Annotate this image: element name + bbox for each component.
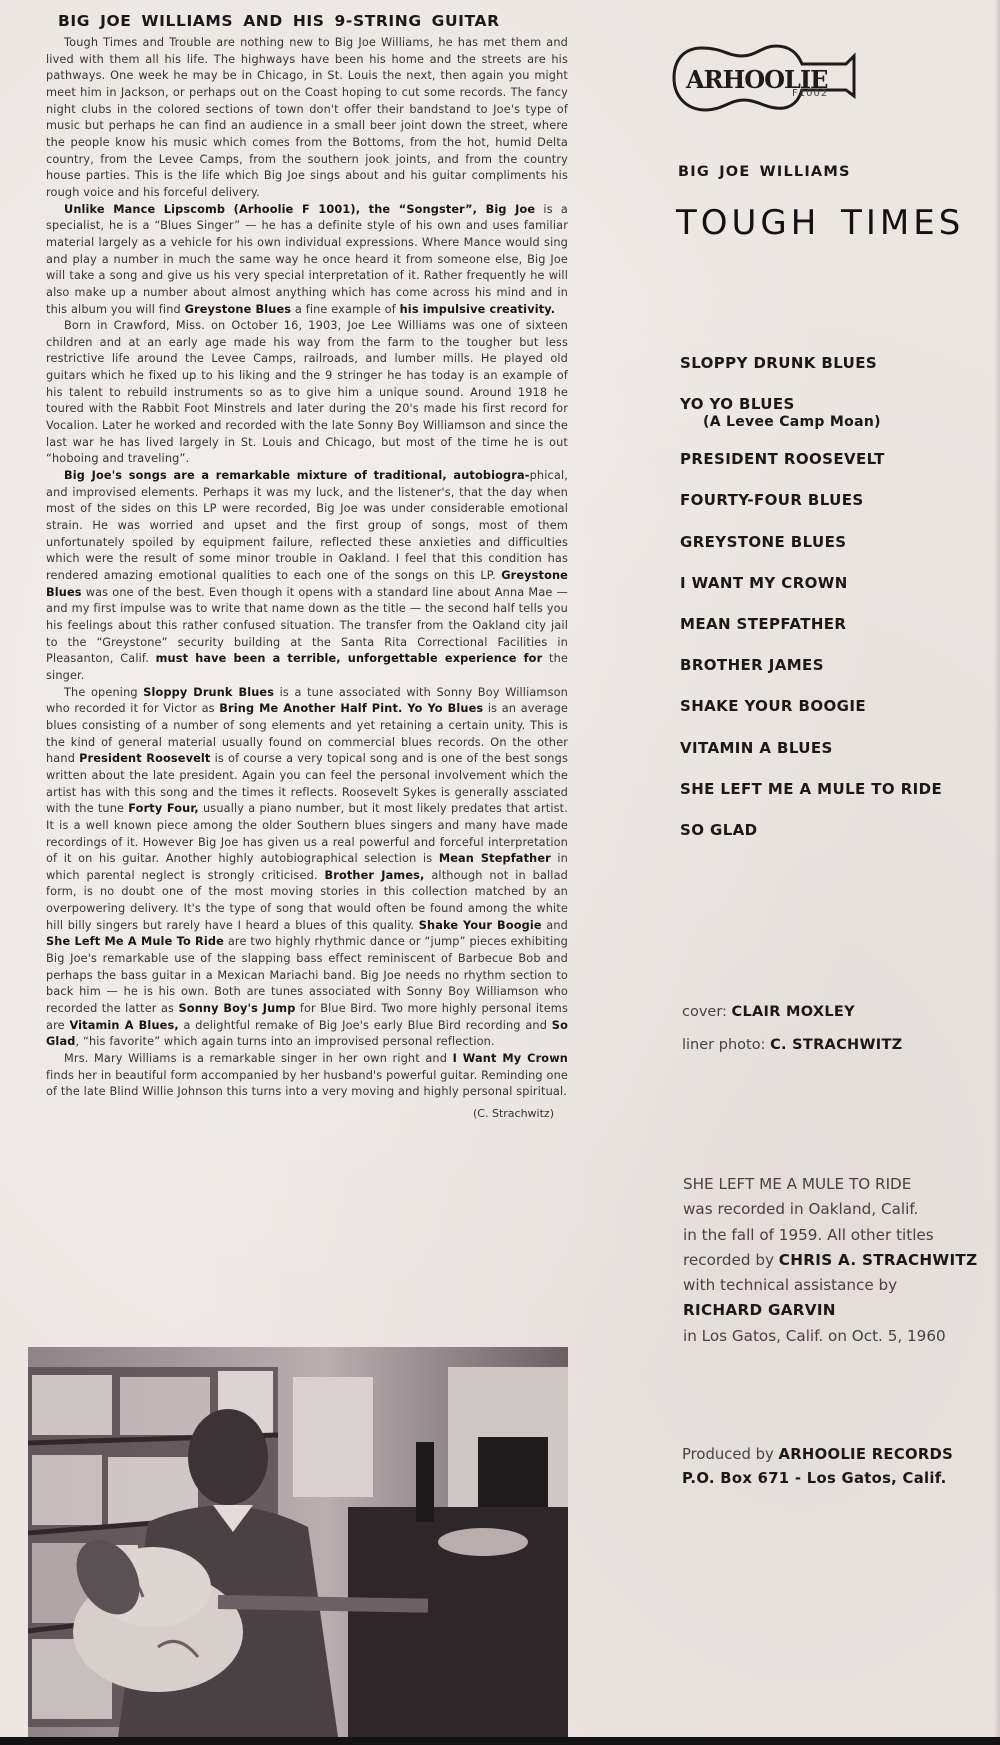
photo-label: liner photo:: [682, 1037, 765, 1053]
cover-artist: CLAIR MOXLEY: [732, 1004, 855, 1020]
track-item: SLOPPY DRUNK BLUES: [680, 354, 980, 395]
cover-credits: cover: CLAIR MOXLEY liner photo: C. STRA…: [682, 996, 902, 1062]
track-item: VITAMIN A BLUES: [680, 739, 980, 780]
track-title: SLOPPY DRUNK BLUES: [680, 354, 877, 372]
recorded-by-label: recorded by: [683, 1251, 779, 1269]
page-edge-shadow: [994, 0, 1000, 1745]
producer-info: Produced by ARHOOLIE RECORDS P.O. Box 67…: [682, 1443, 953, 1491]
assistant-name: RICHARD GARVIN: [683, 1301, 836, 1319]
photo-photographer: C. STRACHWITZ: [770, 1037, 902, 1053]
track-title: FOURTY-FOUR BLUES: [680, 491, 864, 509]
recording-line: in Los Gatos, Calif. on Oct. 5, 1960: [683, 1324, 977, 1349]
arhoolie-logo: ARHOOLIE: [672, 42, 862, 117]
producer-label: Produced by: [682, 1446, 778, 1463]
guitar-logo-icon: ARHOOLIE: [672, 42, 862, 117]
track-title: SHE LEFT ME A MULE TO RIDE: [680, 780, 942, 798]
track-title: SHAKE YOUR BOOGIE: [680, 697, 866, 715]
track-list: SLOPPY DRUNK BLUESYO YO BLUES(A Levee Ca…: [680, 354, 980, 862]
track-title: PRESIDENT ROOSEVELT: [680, 450, 885, 468]
track-item: BROTHER JAMES: [680, 656, 980, 697]
address-text: P.O. Box 671 - Los Gatos, Calif.: [682, 1470, 947, 1487]
track-item: SHAKE YOUR BOOGIE: [680, 697, 980, 738]
notes-paragraph: Big Joe's songs are a remarkable mixture…: [46, 468, 568, 685]
recording-line: SHE LEFT ME A MULE TO RIDE: [683, 1172, 977, 1197]
track-item: I WANT MY CROWN: [680, 574, 980, 615]
catalog-number: F1002: [792, 88, 828, 99]
cover-credit: cover: CLAIR MOXLEY: [682, 996, 902, 1029]
track-title: SO GLAD: [680, 821, 758, 839]
recording-line: with technical assistance by: [683, 1273, 977, 1298]
liner-notes-body: Tough Times and Trouble are nothing new …: [46, 35, 568, 1101]
album-title: TOUGH TIMES: [676, 203, 964, 243]
artist-name: BIG JOE WILLIAMS: [678, 164, 851, 180]
track-item: GREYSTONE BLUES: [680, 533, 980, 574]
track-item: FOURTY-FOUR BLUES: [680, 491, 980, 532]
producer-name: ARHOOLIE RECORDS: [778, 1446, 953, 1463]
track-item: MEAN STEPFATHER: [680, 615, 980, 656]
track-title: MEAN STEPFATHER: [680, 615, 846, 633]
liner-notes: BIG JOE WILLIAMS AND HIS 9-STRING GUITAR…: [46, 12, 568, 1120]
track-item: YO YO BLUES(A Levee Camp Moan): [680, 395, 980, 450]
recording-line: recorded by CHRIS A. STRACHWITZ: [683, 1248, 977, 1273]
cover-label: cover:: [682, 1004, 727, 1020]
notes-paragraph: Born in Crawford, Miss. on October 16, 1…: [46, 318, 568, 468]
notes-paragraph: Unlike Mance Lipscomb (Arhoolie F 1001),…: [46, 202, 568, 319]
track-title: YO YO BLUES: [680, 395, 795, 413]
notes-signature: (C. Strachwitz): [46, 1107, 568, 1120]
bottom-border: [0, 1737, 1000, 1745]
track-title: VITAMIN A BLUES: [680, 739, 833, 757]
track-title: I WANT MY CROWN: [680, 574, 848, 592]
track-item: SHE LEFT ME A MULE TO RIDE: [680, 780, 980, 821]
notes-paragraph: Mrs. Mary Williams is a remarkable singe…: [46, 1051, 568, 1101]
track-item: PRESIDENT ROOSEVELT: [680, 450, 980, 491]
notes-paragraph: Tough Times and Trouble are nothing new …: [46, 35, 568, 202]
engineer-name: CHRIS A. STRACHWITZ: [779, 1251, 978, 1269]
recording-line: in the fall of 1959. All other titles: [683, 1223, 977, 1248]
producer-address: P.O. Box 671 - Los Gatos, Calif.: [682, 1467, 953, 1491]
track-subtitle: (A Levee Camp Moan): [680, 414, 980, 430]
producer-line: Produced by ARHOOLIE RECORDS: [682, 1443, 953, 1467]
recording-info: SHE LEFT ME A MULE TO RIDE was recorded …: [683, 1172, 977, 1349]
notes-paragraph: The opening Sloppy Drunk Blues is a tune…: [46, 685, 568, 1051]
liner-notes-title: BIG JOE WILLIAMS AND HIS 9-STRING GUITAR: [58, 12, 568, 30]
recording-line: RICHARD GARVIN: [683, 1298, 977, 1323]
track-item: SO GLAD: [680, 821, 980, 862]
recording-line: was recorded in Oakland, Calif.: [683, 1197, 977, 1222]
photo-credit: liner photo: C. STRACHWITZ: [682, 1029, 902, 1062]
artist-photo: [28, 1347, 568, 1737]
track-title: GREYSTONE BLUES: [680, 533, 846, 551]
photo-illustration: [28, 1347, 568, 1737]
track-title: BROTHER JAMES: [680, 656, 824, 674]
